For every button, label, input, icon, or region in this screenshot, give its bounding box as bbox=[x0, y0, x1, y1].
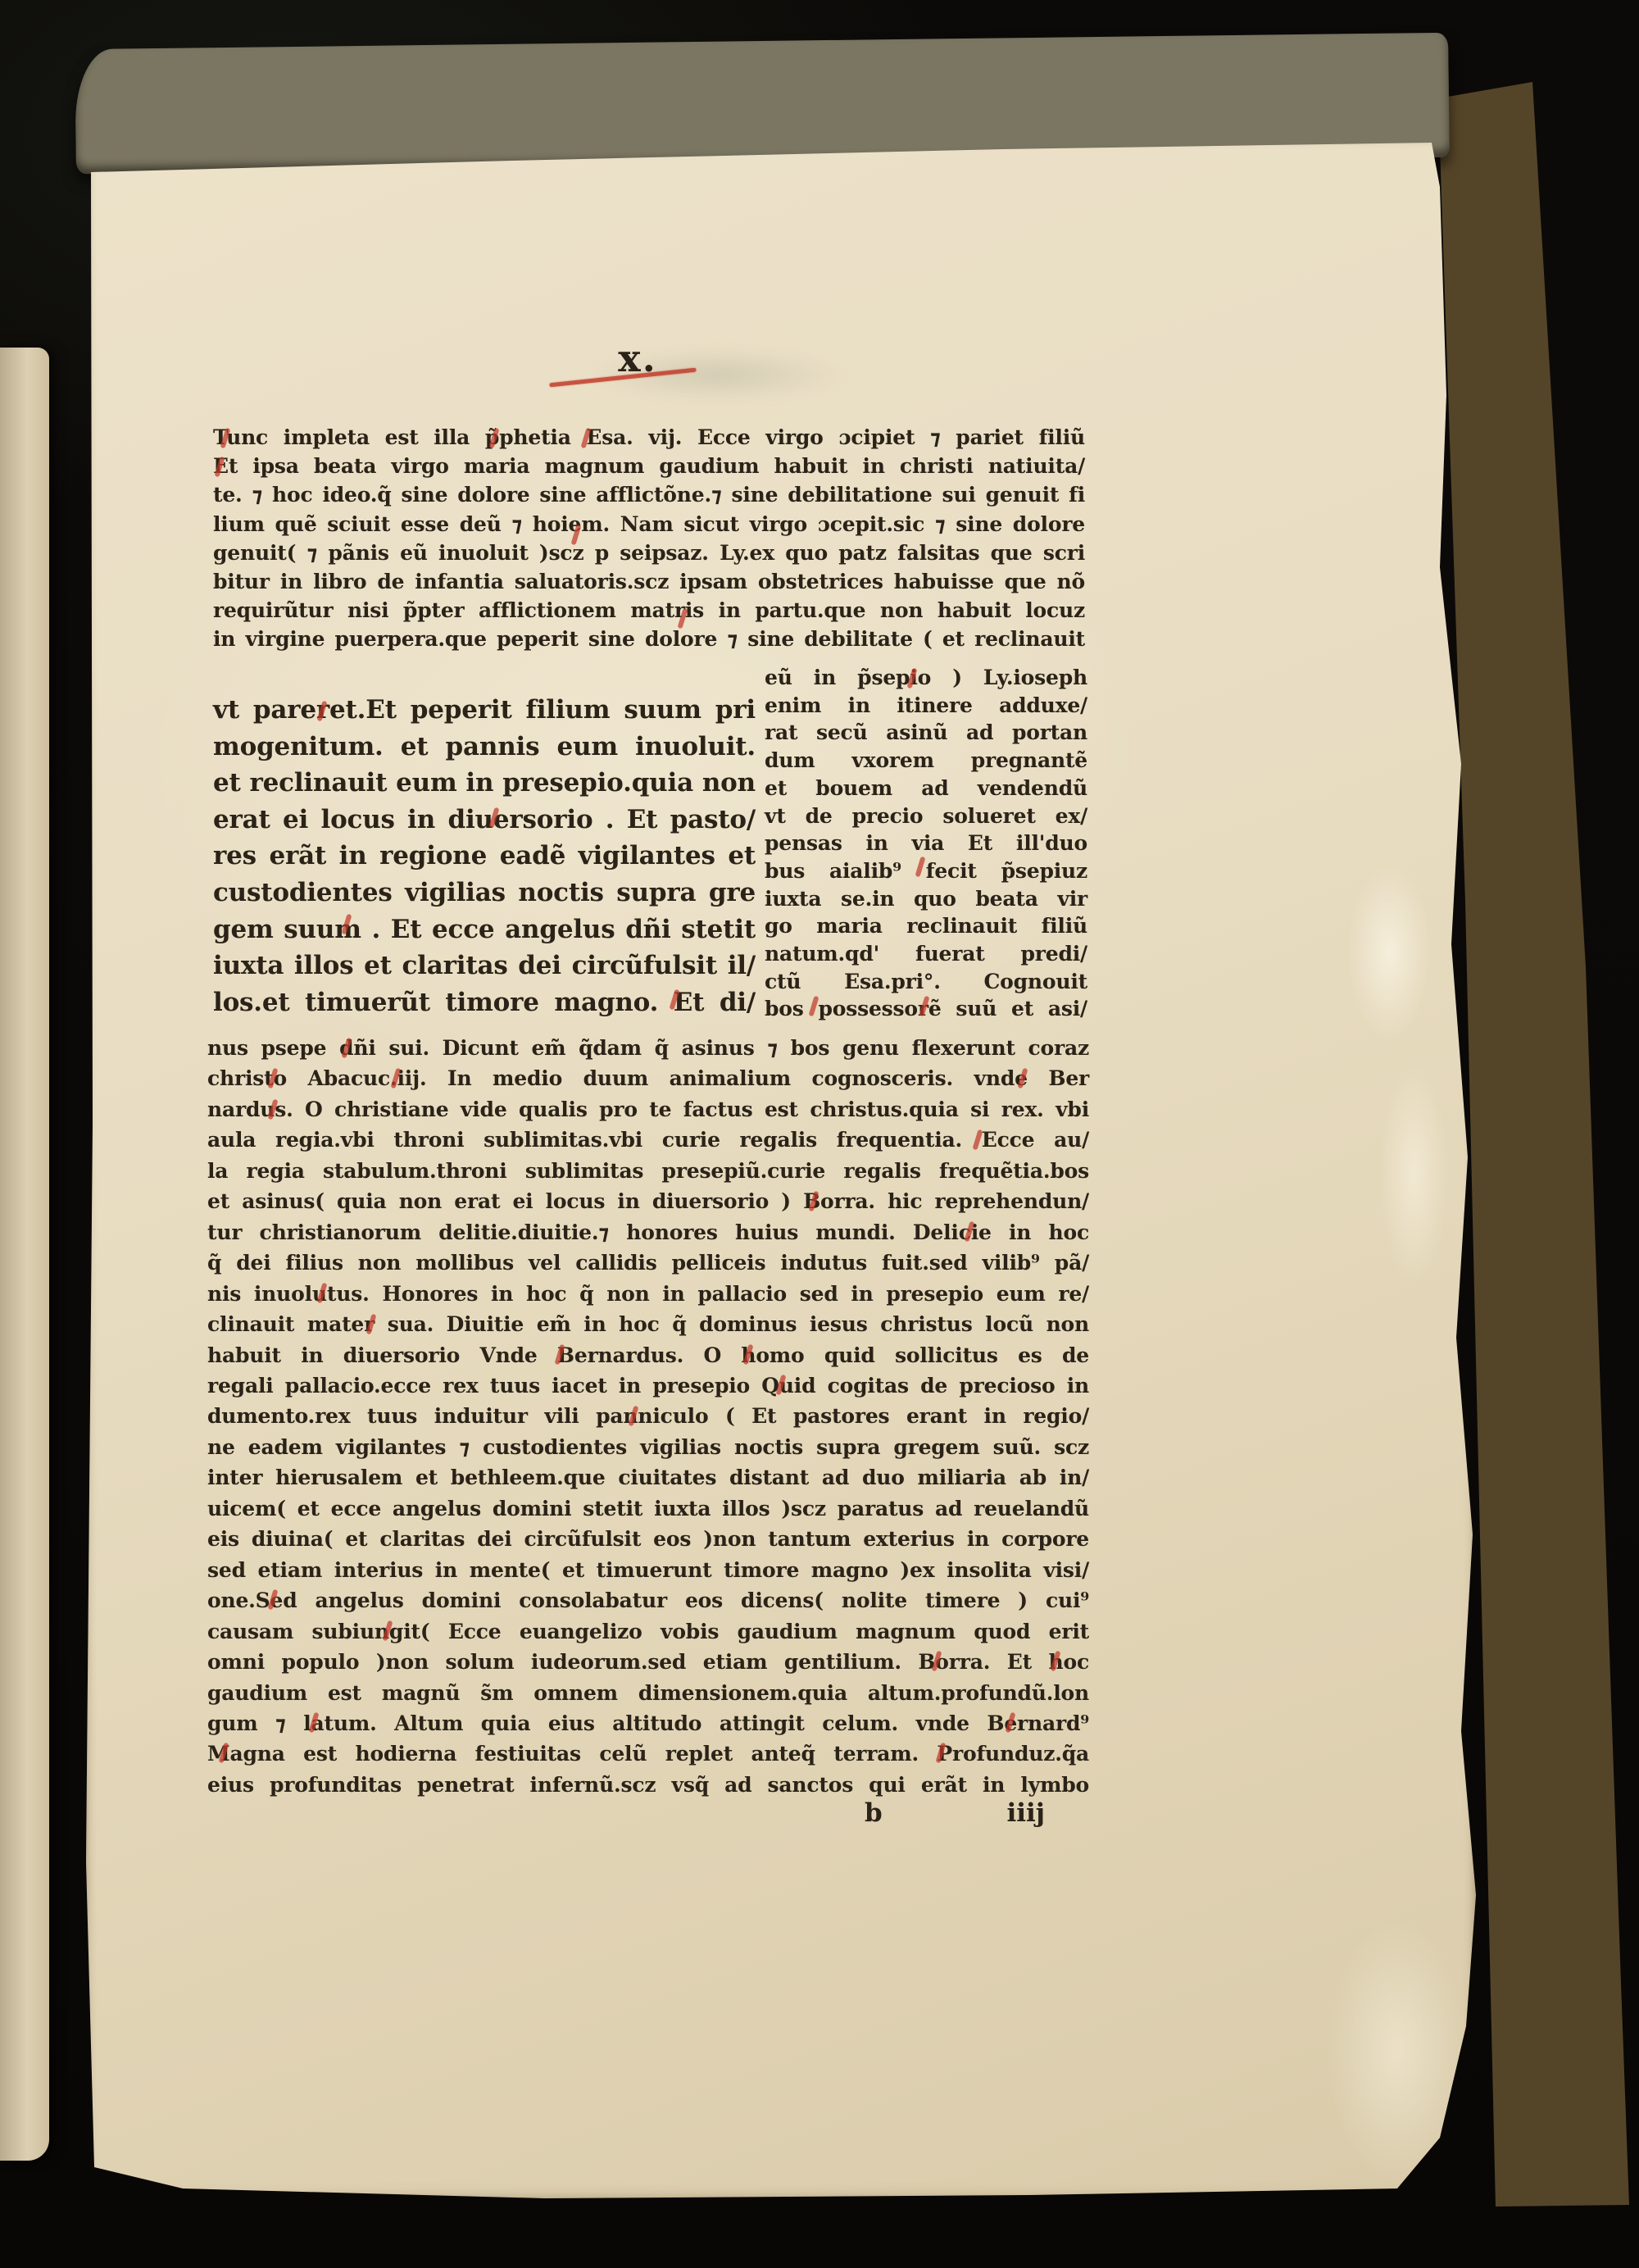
text-line: pensas in via Et ill'duo bbox=[765, 829, 1087, 857]
text-line: et asinus( quia non erat ei locus in diu… bbox=[207, 1186, 1089, 1216]
signature-mark: b iiij bbox=[865, 1798, 1078, 1828]
text-line: causam subiungit( Ecce euangelizo vobis … bbox=[207, 1616, 1089, 1647]
text-line: christo Abacuc.iij. In medio duum animal… bbox=[207, 1063, 1089, 1093]
text-line: regali pallacio.ecce rex tuus iacet in p… bbox=[207, 1370, 1089, 1401]
text-line: uicem( et ecce angelus domini stetit iux… bbox=[207, 1493, 1089, 1524]
text-line: Magna est hodierna festiuitas celũ reple… bbox=[207, 1738, 1089, 1769]
text-line: et reclinauit eum in presepio.quia non bbox=[213, 765, 756, 802]
text-line: Et ipsa beata virgo maria magnum gaudium… bbox=[213, 452, 1085, 480]
text-line: in virgine puerpera.que peperit sine dol… bbox=[213, 625, 1085, 653]
text-line: vt pareret.Et peperit filium suum pri bbox=[213, 692, 756, 729]
text-line: eius profunditas penetrat infernũ.scz vs… bbox=[207, 1770, 1089, 1800]
text-line: enim in itinere adduxe/ bbox=[765, 692, 1087, 720]
book-page: x. Tunc impleta est illa p̃phetia Esa. v… bbox=[86, 141, 1479, 2202]
text-line: eis diuina( et claritas dei circũfulsit … bbox=[207, 1524, 1089, 1554]
text-line: clinauit mater sua. Diuitie em̃ in hoc q… bbox=[207, 1309, 1089, 1339]
text-line: rat secũ asinũ ad portan bbox=[765, 719, 1087, 747]
text-line: ctũ Esa.pri°. Cognouit bbox=[765, 968, 1087, 996]
text-line: sed etiam interius in mente( et timuerun… bbox=[207, 1555, 1089, 1585]
body-commentary-text: nus psepe dñi sui. Dicunt em̃ q̃dam q̃ a… bbox=[207, 1033, 1089, 1800]
text-line: dumento.rex tuus induitur vili panniculo… bbox=[207, 1401, 1089, 1431]
text-line: et bouem ad vendendũ bbox=[765, 775, 1087, 802]
text-line: omni populo )non solum iudeorum.sed etia… bbox=[207, 1647, 1089, 1677]
signature-numeral: iiij bbox=[1006, 1798, 1045, 1828]
text-line: res erãt in regione eadẽ vigilantes et bbox=[213, 838, 756, 875]
text-line: nardus. O christiane vide qualis pro te … bbox=[207, 1094, 1089, 1125]
text-line: vt de precio solueret ex/ bbox=[765, 802, 1087, 830]
text-line: aula regia.vbi throni sublimitas.vbi cur… bbox=[207, 1125, 1089, 1155]
text-line: one.Sed angelus domini consolabatur eos … bbox=[207, 1585, 1089, 1616]
text-line: Tunc impleta est illa p̃phetia Esa. vij.… bbox=[213, 423, 1085, 452]
text-line: q̃ dei filius non mollibus vel callidis … bbox=[207, 1248, 1089, 1278]
text-line: tur christianorum delitie.diuitie.⁊ hono… bbox=[207, 1217, 1089, 1248]
facing-page-edge bbox=[0, 348, 49, 2161]
text-line: gaudium est magnũ s̃m omnem dimensionem.… bbox=[207, 1678, 1089, 1708]
text-line: genuit( ⁊ pãnis eũ inuoluit )scz p seips… bbox=[213, 539, 1085, 567]
text-line: iuxta illos et claritas dei circũfulsit … bbox=[213, 948, 756, 984]
text-line: ne eadem vigilantes ⁊ custodientes vigil… bbox=[207, 1432, 1089, 1462]
text-line: eũ in p̃sepio ) Ly.ioseph bbox=[765, 664, 1087, 692]
text-line: inter hierusalem et bethleem.que ciuitat… bbox=[207, 1462, 1089, 1493]
text-line: te. ⁊ hoc ideo.q̃ sine dolore sine affli… bbox=[213, 480, 1085, 509]
text-line: go maria reclinauit filiũ bbox=[765, 912, 1087, 940]
text-line: custodientes vigilias noctis supra gre bbox=[213, 875, 756, 911]
text-line: iuxta se.in quo beata vir bbox=[765, 885, 1087, 913]
left-column-large-text: vt pareret.Et peperit filium suum primog… bbox=[213, 692, 756, 1020]
text-line: gum ⁊ latum. Altum quia eius altitudo at… bbox=[207, 1708, 1089, 1738]
book-photo: x. Tunc impleta est illa p̃phetia Esa. v… bbox=[0, 0, 1639, 2268]
text-line: requirũtur nisi p̃pter afflictionem matr… bbox=[213, 596, 1085, 625]
text-line: gem suum . Et ecce angelus dñi stetit bbox=[213, 911, 756, 948]
right-column-gloss-text: eũ in p̃sepio ) Ly.iosephenim in itinere… bbox=[765, 664, 1087, 1023]
text-line: nus psepe dñi sui. Dicunt em̃ q̃dam q̃ a… bbox=[207, 1033, 1089, 1063]
text-line: natum.qd' fuerat predi/ bbox=[765, 940, 1087, 968]
text-line: bus aialib⁹ fecit p̃sepiuz bbox=[765, 857, 1087, 885]
text-line: mogenitum. et pannis eum inuoluit. bbox=[213, 729, 756, 766]
intro-paragraph: Tunc impleta est illa p̃phetia Esa. vij.… bbox=[213, 423, 1085, 654]
text-line: la regia stabulum.throni sublimitas pres… bbox=[207, 1156, 1089, 1186]
text-line: dum vxorem pregnantẽ bbox=[765, 747, 1087, 775]
text-line: erat ei locus in diuersorio . Et pasto/ bbox=[213, 802, 756, 839]
text-line: habuit in diuersorio Vnde Bernardus. O h… bbox=[207, 1340, 1089, 1370]
text-line: bitur in libro de infantia saluatoris.sc… bbox=[213, 567, 1085, 596]
text-line: nis inuolutus. Honores in hoc q̃ non in … bbox=[207, 1279, 1089, 1309]
signature-letter: b bbox=[865, 1798, 883, 1828]
text-line: lium quẽ sciuit esse deũ ⁊ hoiem. Nam si… bbox=[213, 510, 1085, 539]
